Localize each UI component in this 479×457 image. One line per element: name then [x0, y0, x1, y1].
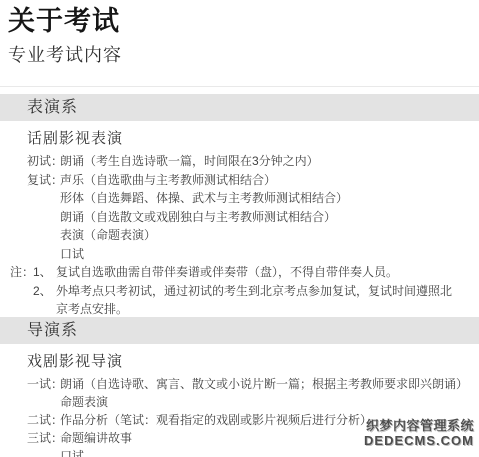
section-header-directing: 导演系 [0, 317, 479, 344]
section-performance: 表演系 话剧影视表演 初试： 朗诵（考生自选诗歌一篇，时间限在3分钟之内） 复试… [0, 94, 479, 319]
exam-item-list: 初试： 朗诵（考生自选诗歌一篇，时间限在3分钟之内） 复试： 声乐（自选歌曲与主… [27, 152, 479, 263]
note-label: 注： [10, 263, 34, 282]
note-text: 复试自选歌曲需自带伴奏谱或伴奏带（盘），不得自带伴奏人员。 [56, 263, 458, 282]
exam-stage-label: 复试： [27, 171, 63, 190]
note-number: 1、 [33, 263, 52, 282]
exam-line: 声乐（自选歌曲与主考教师测试相结合） [60, 171, 479, 190]
exam-line: 朗诵（考生自选诗歌一篇，时间限在3分钟之内） [60, 152, 479, 171]
exam-stage-label: 三试： [27, 429, 63, 447]
watermark-text-en: DEDECMS.COM [364, 433, 474, 448]
watermark-text-cn: 织梦内容管理系统 [364, 418, 474, 433]
note-item-2: 2、 外埠考点只考初试，通过初试的考生到北京考点参加复试，复试时间遵照北京考点安… [56, 282, 479, 319]
note-number: 2、 [33, 282, 52, 301]
exam-line: 表演（命题表演） [60, 226, 479, 245]
exam-line: 命题表演 [60, 393, 479, 411]
article-page: 关于考试 专业考试内容 表演系 话剧影视表演 初试： 朗诵（考生自选诗歌一篇，时… [0, 0, 479, 457]
major-title-performance: 话剧影视表演 [27, 129, 479, 148]
exam-stage-label: 二试： [27, 411, 63, 429]
note-text: 外埠考点只考初试，通过初试的考生到北京考点参加复试，复试时间遵照北京考点安排。 [56, 282, 458, 319]
exam-line: 朗诵（自选诗歌、寓言、散文或小说片断一篇；根据主考教师要求即兴朗诵） [60, 375, 479, 393]
exam-item-first-round: 初试： 朗诵（考生自选诗歌一篇，时间限在3分钟之内） [27, 152, 479, 171]
exam-line: 形体（自选舞蹈、体操、武术与主考教师测试相结合） [60, 189, 479, 208]
exam-line: 口试 [60, 245, 479, 264]
exam-stage-label: 一试： [27, 375, 63, 393]
page-title: 关于考试 [8, 6, 479, 37]
exam-stage-label: 初试： [27, 152, 63, 171]
note-block: 注： 1、 复试自选歌曲需自带伴奏谱或伴奏带（盘），不得自带伴奏人员。 2、 外… [10, 263, 479, 319]
page-subtitle: 专业考试内容 [8, 45, 479, 66]
divider-line [0, 86, 479, 87]
major-title-directing: 戏剧影视导演 [27, 352, 479, 371]
dedecms-watermark: 织梦内容管理系统 DEDECMS.COM [364, 418, 474, 448]
exam-item-round-1: 一试： 朗诵（自选诗歌、寓言、散文或小说片断一篇；根据主考教师要求即兴朗诵） 命… [27, 375, 479, 411]
exam-line: 朗诵（自选散文或戏剧独白与主考教师测试相结合） [60, 208, 479, 227]
exam-line: 口试 [60, 447, 479, 457]
note-item-1: 1、 复试自选歌曲需自带伴奏谱或伴奏带（盘），不得自带伴奏人员。 [56, 263, 479, 282]
exam-item-second-round: 复试： 声乐（自选歌曲与主考教师测试相结合） 形体（自选舞蹈、体操、武术与主考教… [27, 171, 479, 264]
section-header-performance: 表演系 [0, 94, 479, 121]
